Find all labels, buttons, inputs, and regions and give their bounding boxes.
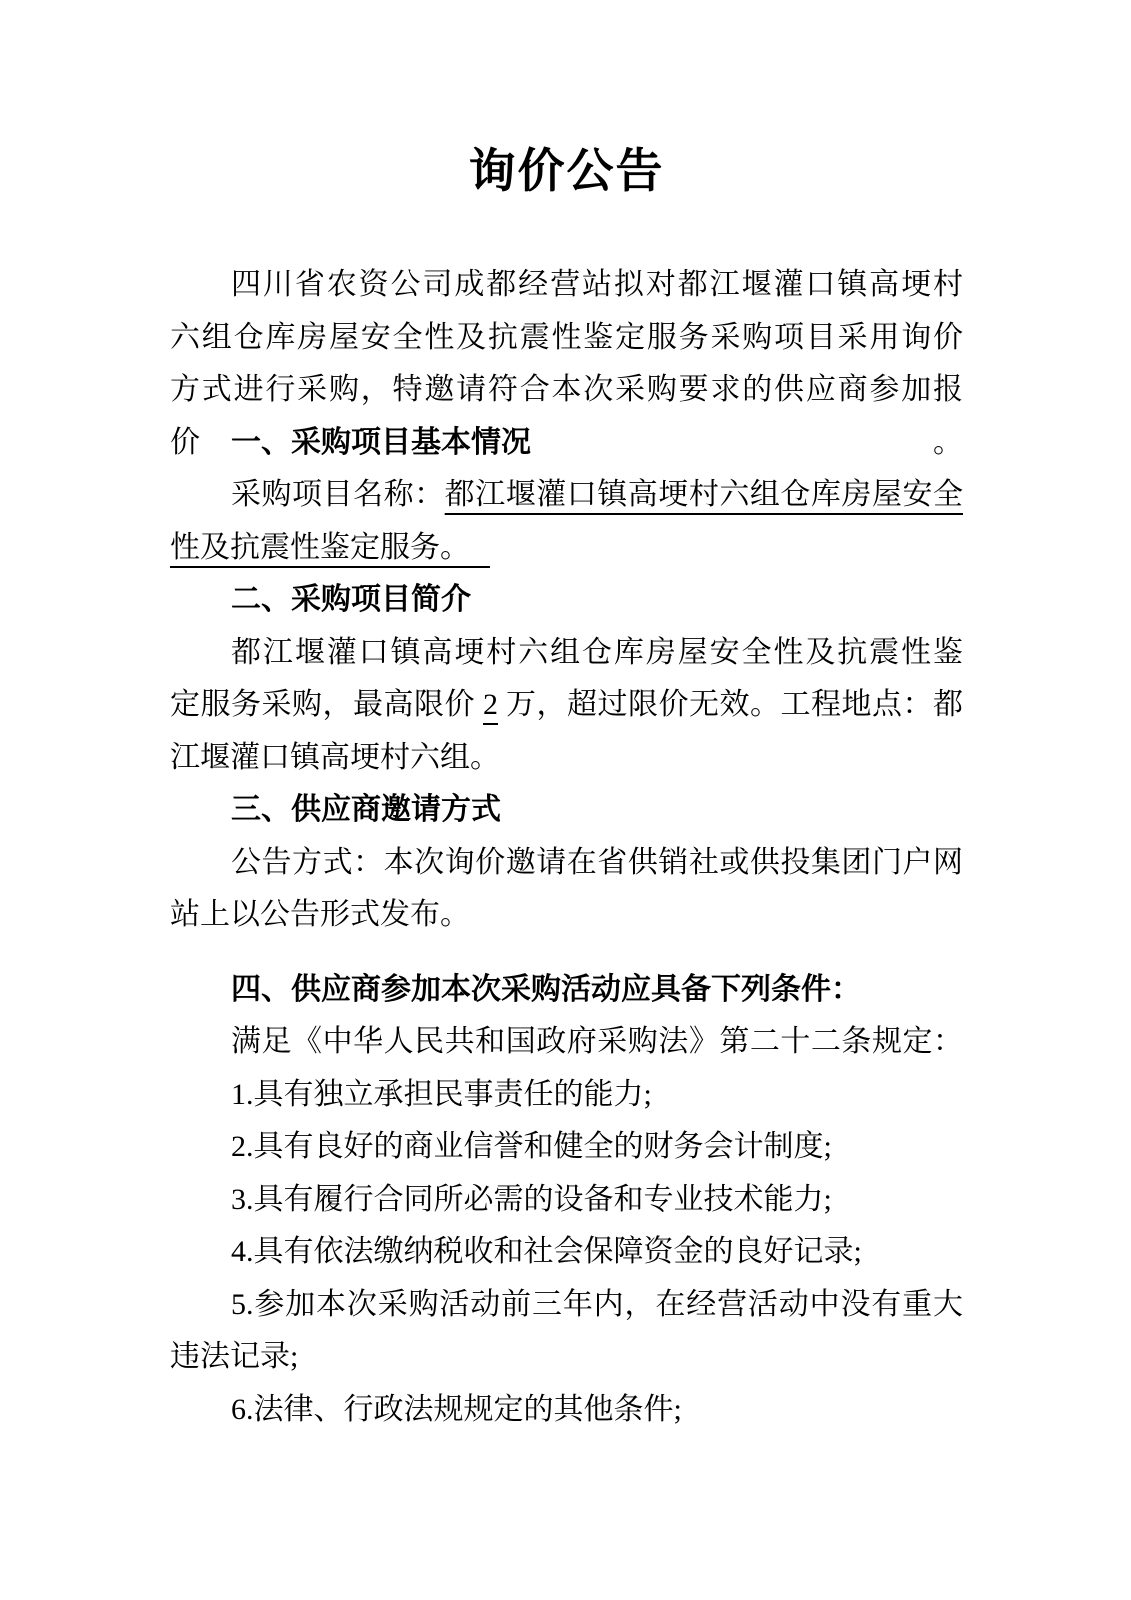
project-name-underlined-part-1: 都江堰灌口镇高埂村六组仓库房屋安全: [445, 478, 963, 511]
section-1-project-name-line-2: 性及抗震性鉴定服务。: [170, 522, 963, 575]
section-2-line-2: 定服务采购，最高限价 2 万，超过限价无效。工程地点：都: [170, 679, 963, 732]
section-4-heading: 四、供应商参加本次采购活动应具备下列条件：: [170, 964, 963, 1017]
document-title: 询价公告: [170, 130, 963, 215]
intro-line-1: 四川省农资公司成都经营站拟对都江堰灌口镇高埂村: [170, 259, 963, 312]
section-3-line-2: 站上以公告形式发布。: [170, 889, 963, 942]
project-name-label: 采购项目名称：: [231, 478, 445, 511]
condition-item-1: 1.具有独立承担民事责任的能力;: [170, 1069, 963, 1122]
document-body: 四川省农资公司成都经营站拟对都江堰灌口镇高埂村 六组仓库房屋安全性及抗震性鉴定服…: [170, 259, 963, 1436]
price-limit-prefix: 定服务采购，最高限价: [170, 688, 483, 721]
condition-item-3: 3.具有履行合同所必需的设备和专业技术能力;: [170, 1174, 963, 1227]
section-3-line-1: 公告方式：本次询价邀请在省供销社或供投集团门户网: [170, 837, 963, 890]
section-4-intro-line: 满足《中华人民共和国政府采购法》第二十二条规定：: [170, 1016, 963, 1069]
underline-tail: [470, 556, 490, 568]
condition-item-6: 6.法律、行政法规规定的其他条件;: [170, 1384, 963, 1437]
section-2-line-1: 都江堰灌口镇高埂村六组仓库房屋安全性及抗震性鉴: [170, 627, 963, 680]
condition-item-4: 4.具有依法缴纳税收和社会保障资金的良好记录;: [170, 1226, 963, 1279]
section-3-heading: 三、供应商邀请方式: [170, 784, 963, 837]
price-limit-suffix: 万，超过限价无效。工程地点：都: [498, 688, 963, 721]
price-limit-value: 2: [483, 688, 498, 721]
document-page: 询价公告 四川省农资公司成都经营站拟对都江堰灌口镇高埂村 六组仓库房屋安全性及抗…: [0, 0, 1131, 1600]
section-4-spacer: [170, 942, 963, 964]
intro-line-2: 六组仓库房屋安全性及抗震性鉴定服务采购项目采用询价: [170, 312, 963, 365]
project-name-underlined-part-2: 性及抗震性鉴定服务。: [170, 531, 470, 564]
section-2-heading: 二、采购项目简介: [170, 574, 963, 627]
section-2-line-3: 江堰灌口镇高埂村六组。: [170, 732, 963, 785]
document-content: 询价公告 四川省农资公司成都经营站拟对都江堰灌口镇高埂村 六组仓库房屋安全性及抗…: [170, 0, 963, 1436]
condition-item-5-line-2: 违法记录;: [170, 1331, 963, 1384]
section-1-project-name-line-1: 采购项目名称：都江堰灌口镇高埂村六组仓库房屋安全: [170, 469, 963, 522]
condition-item-5-line-1: 5.参加本次采购活动前三年内，在经营活动中没有重大: [170, 1279, 963, 1332]
intro-line-3: 方式进行采购，特邀请符合本次采购要求的供应商参加报价。: [170, 364, 963, 417]
condition-item-2: 2.具有良好的商业信誉和健全的财务会计制度;: [170, 1121, 963, 1174]
